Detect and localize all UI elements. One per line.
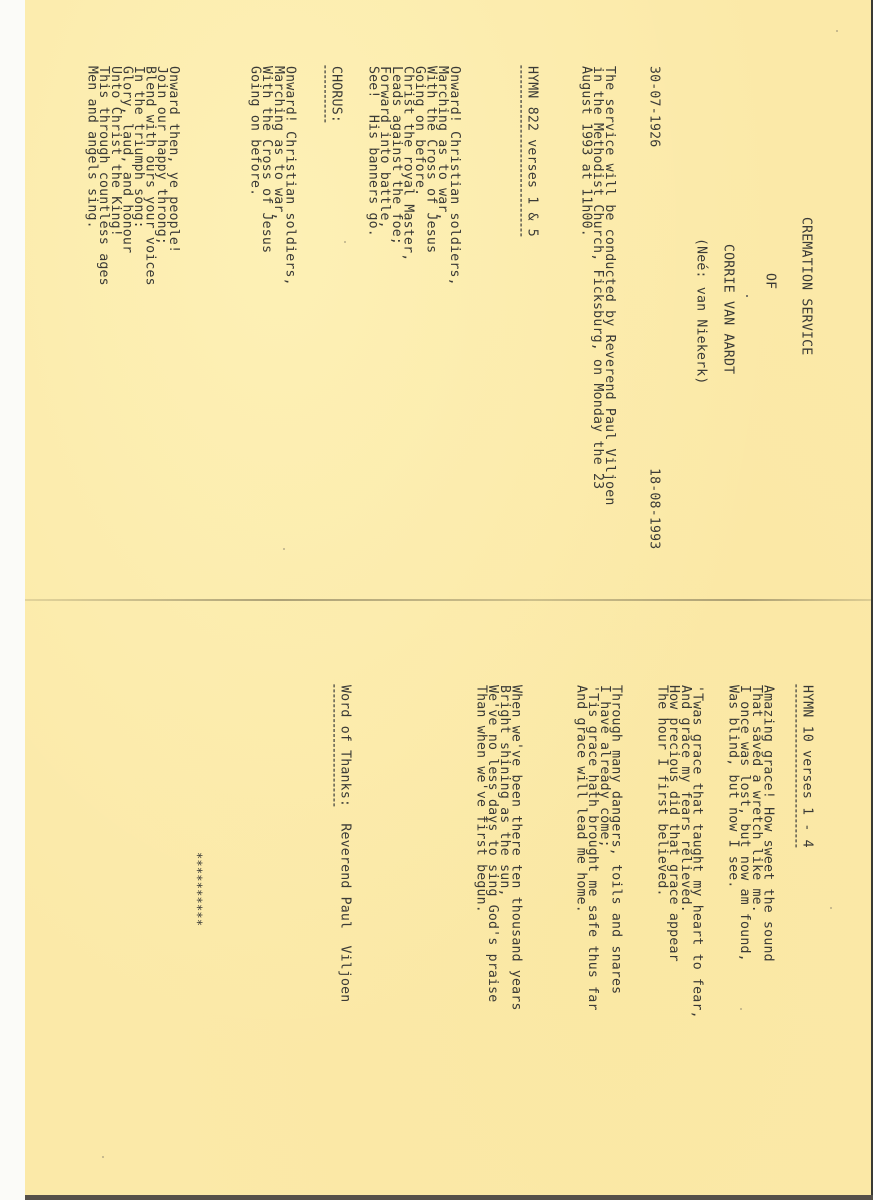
thanks-name: Reverend Paul Viljoen <box>338 823 353 1002</box>
paper-speck <box>102 1156 104 1158</box>
hymn-10-heading: HYMN 10 verses 1 - 4 <box>801 685 813 848</box>
paper-speck <box>283 548 285 550</box>
hymn-822-heading: HYMN 822 verses 1 & 5 <box>526 66 538 237</box>
paper-speck <box>344 241 346 243</box>
chorus-label: CHORUS: <box>330 66 342 123</box>
scanner-edge <box>25 1195 873 1200</box>
hymn-10-verse-4: When we've been there ten thousand years… <box>475 685 521 1011</box>
thanks-spacer <box>338 807 353 823</box>
fold-crease <box>25 599 871 601</box>
birth-date: 30-07-1926 <box>648 66 660 147</box>
paper-speck <box>836 30 838 32</box>
word-of-thanks: Word of Thanks: Reverend Paul Viljoen <box>339 685 351 1002</box>
hymn-822-chorus: Onward! Christian soldiers, Marching as … <box>249 66 295 286</box>
decorative-dot <box>746 295 748 297</box>
scan-margin <box>0 0 25 1200</box>
paper-speck <box>830 907 832 909</box>
end-mark: ********** <box>191 852 203 926</box>
hymn-10-verse-3: Through many dangers, toils and snares I… <box>575 685 621 1011</box>
service-details: The service will be conducted by Reveren… <box>580 66 615 506</box>
deceased-name: CORRIE VAN AARDT <box>722 244 734 374</box>
hymn-10-verse-2: 'Twas grace that taught my heart to fear… <box>656 685 702 1019</box>
death-date: 18-08-1993 <box>648 468 660 549</box>
maiden-name: (Neé: van Niekerk) <box>695 238 707 385</box>
paper-speck <box>740 1008 742 1010</box>
hymn-10-verse-1: Amazing grace! How sweet the sound That … <box>727 685 773 962</box>
hymn-822-verse-5: Onward then, ye people! Join our happy t… <box>86 66 179 286</box>
title-of: OF <box>764 273 776 289</box>
service-title: CREMATION SERVICE <box>800 217 812 355</box>
thanks-label: Word of Thanks: <box>338 685 353 807</box>
hymn-822-verse-1: Onward! Christian soldiers, Marching as … <box>367 66 460 286</box>
